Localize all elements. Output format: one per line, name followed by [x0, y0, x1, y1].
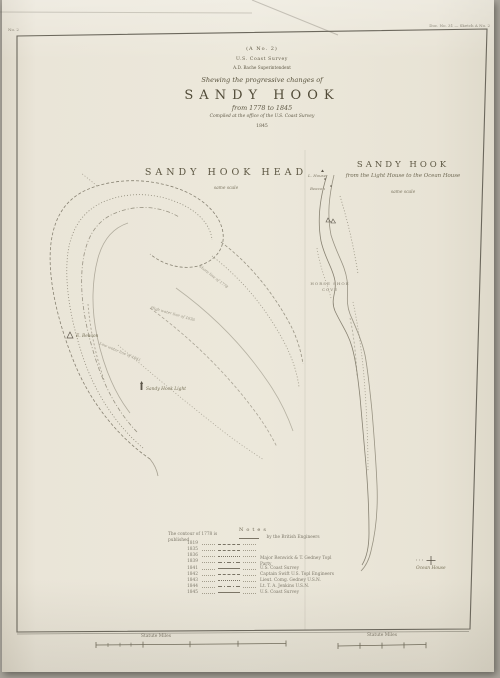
legend-leader — [243, 568, 256, 570]
legend-leader — [202, 574, 215, 576]
legend-line-sample — [218, 568, 240, 569]
beacon-label: E. Beacon — [76, 334, 98, 339]
title-plate-note: (A No. 2) — [162, 46, 362, 52]
legend-notes-table: Notes The contour of 1778 is published b… — [168, 527, 340, 596]
cove-label-line2: COVE — [308, 287, 352, 292]
legend-row-source: U.S. Coast Survey — [258, 566, 340, 572]
legend-row-source: Lt. T. A. Jenkins U.S.N. — [258, 584, 340, 590]
title-year: 1845 — [162, 124, 362, 129]
left-scale-label: Statute Miles — [121, 634, 191, 639]
legend-leader — [243, 555, 256, 557]
legend-leader — [202, 543, 215, 545]
legend-line-sample — [218, 586, 240, 587]
legend-row-year: 1839 — [168, 559, 200, 565]
title-compiled-note: Compiled at the office of the U.S. Coast… — [162, 114, 362, 119]
left-map-symbols — [67, 332, 143, 390]
left-map-scale-note: same scale — [126, 186, 326, 191]
legend-row-year: 1842 — [168, 572, 200, 578]
title-caption: Shewing the progressive changes of — [162, 76, 362, 84]
legend-leader — [202, 568, 215, 570]
beacon-label: Beacon — [310, 186, 325, 191]
station-dot-icon — [330, 185, 332, 187]
top-left-plate-number: No. 2 — [8, 27, 19, 32]
legend-leader — [243, 574, 256, 576]
right-map-subtitle: from the Light House to the Ocean House — [303, 173, 500, 179]
legend-leader — [243, 561, 256, 563]
ocean-house-label: Ocean House — [416, 566, 446, 571]
legend-leader — [243, 592, 256, 594]
legend-leader — [243, 549, 256, 551]
lighthouse-icon — [141, 384, 143, 390]
legend-leader — [202, 555, 215, 557]
legend-row-year: 1835 — [168, 547, 200, 553]
legend-leader — [243, 586, 256, 588]
left-scale-bar — [96, 641, 286, 649]
lighthouse-label: Sandy Hook Light — [146, 387, 186, 392]
legend-row-year: 1843 — [168, 578, 200, 584]
legend-line-sample — [218, 556, 240, 557]
light-house-label: L. House — [308, 173, 326, 178]
legend-line-sample — [218, 592, 240, 593]
left-map-shorelines — [50, 173, 303, 476]
legend-row-year: 1819 — [168, 541, 200, 547]
beacon-flag-icon — [331, 219, 336, 223]
ocean-house-cross-icon — [416, 556, 436, 565]
title-superintendent: A.D. Bache Superintendent — [162, 65, 362, 70]
fold-crease-horizontal — [0, 12, 252, 13]
legend-row-year: 1845 — [168, 590, 200, 596]
legend-line-sample — [218, 550, 240, 551]
lighthouse-roof-icon — [140, 381, 143, 384]
legend-leader — [202, 561, 215, 563]
legend-leader — [243, 580, 256, 582]
legend-row-year: 1841 — [168, 566, 200, 572]
legend-line-sample — [218, 580, 240, 581]
right-map-title: SANDY HOOK — [303, 160, 500, 170]
legend-line-sample — [218, 544, 240, 545]
legend-leader — [202, 549, 215, 551]
fold-crease-diagonal — [252, 0, 338, 35]
right-map-shorelines — [317, 175, 377, 571]
page-title: SANDY HOOK — [137, 88, 387, 103]
legend-line-sample — [218, 574, 240, 575]
title-organization: U.S. Coast Survey — [162, 57, 362, 62]
right-scale-bar — [338, 642, 426, 649]
title-period: from 1778 to 1845 — [162, 104, 362, 112]
legend-leader — [202, 592, 215, 594]
legend-row-source: Lieut. Comg. Gedney U.S.N. — [258, 578, 340, 584]
legend-row-source: by the British Engineers — [264, 535, 340, 541]
beacon-icon — [67, 332, 73, 338]
legend-row-source: Captain Swift U.S. Topl Engineers — [258, 572, 340, 578]
cove-label-line1: HORSE SHOE — [308, 281, 352, 286]
top-right-doc-note: Doc. No. 31 — Sketch A No. 2 — [398, 23, 490, 28]
legend-row-source: U.S. Coast Survey — [258, 590, 340, 596]
legend-leader — [202, 586, 215, 588]
legend-leader — [243, 543, 256, 545]
beacon-flag-icon — [326, 218, 331, 222]
legend-row: 1845 U.S. Coast Survey — [168, 590, 340, 596]
legend-row-year: 1844 — [168, 584, 200, 590]
left-map-title: SANDY HOOK HEAD — [126, 167, 326, 178]
legend-line-sample — [218, 562, 240, 563]
right-map-symbols — [321, 170, 436, 566]
right-map-scale-note: same scale — [303, 190, 500, 195]
legend-row-year: 1836 — [168, 553, 200, 559]
legend-line-sample — [239, 538, 259, 539]
right-scale-label: Statute Miles — [352, 633, 412, 638]
legend-leader — [202, 580, 215, 582]
scanned-map-page: No. 2 Doc. No. 31 — Sketch A No. 2 (A No… — [0, 0, 500, 678]
